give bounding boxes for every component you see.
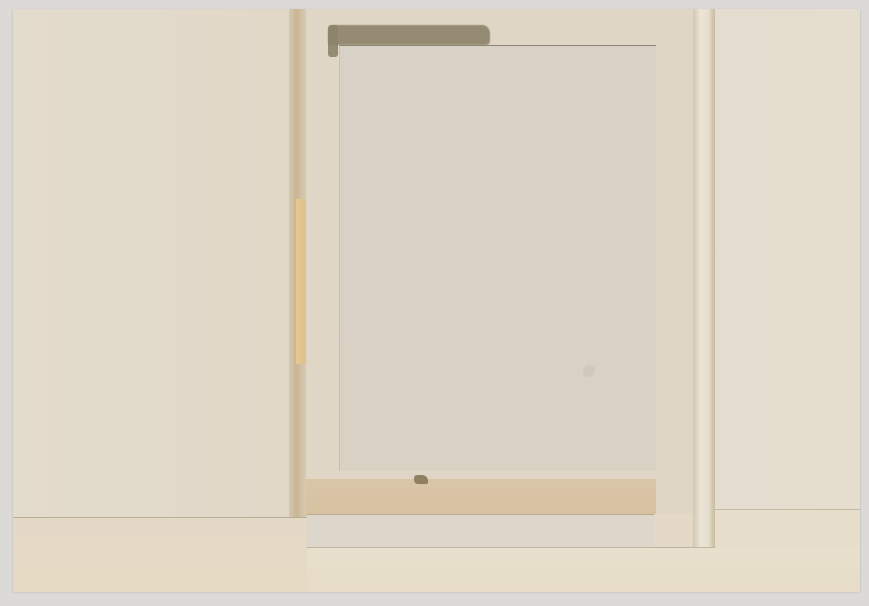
right-paper-panel — [715, 9, 860, 509]
bottom-stain-spot — [414, 475, 428, 484]
top-stain — [328, 25, 490, 45]
paper-sheet — [13, 9, 860, 591]
right-tape-strip — [693, 9, 715, 547]
right-bottom-strip — [715, 509, 860, 548]
inner-card — [339, 45, 656, 471]
bottom-paper-strip — [307, 547, 860, 592]
left-bottom-strip — [13, 517, 307, 592]
center-bottom-strip — [307, 514, 654, 550]
center-mount-frame — [306, 9, 694, 514]
left-paper-panel — [13, 9, 295, 517]
bottom-stain-band — [306, 479, 656, 514]
top-left-stain — [328, 25, 338, 57]
faint-spot — [583, 365, 595, 377]
